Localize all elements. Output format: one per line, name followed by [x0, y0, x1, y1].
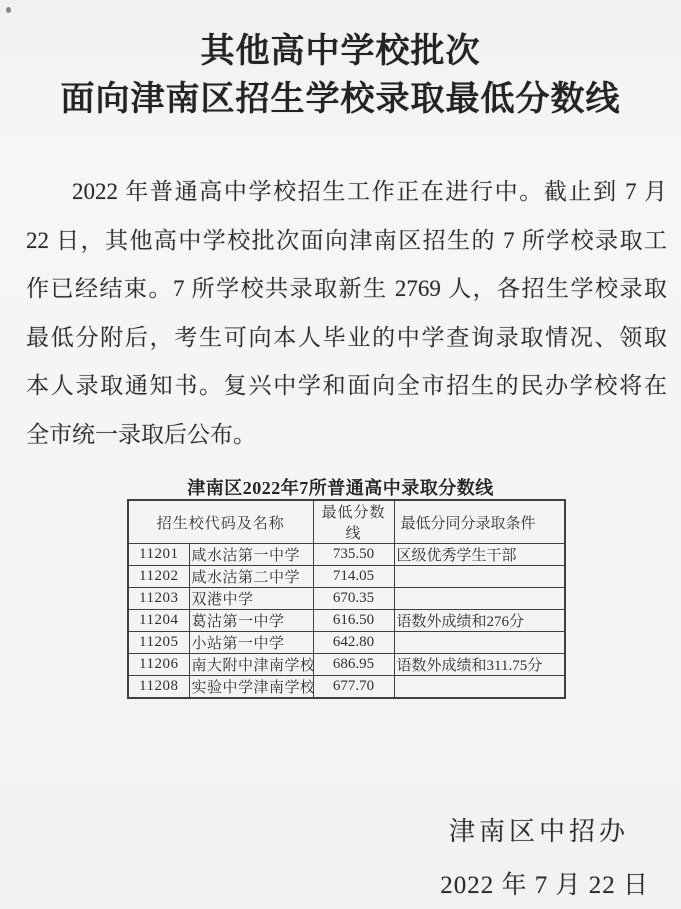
table-header-row: 招生校代码及名称 最低分数线 最低分同分录取条件 [128, 500, 565, 544]
doc-title-line1: 其他高中学校批次 [0, 28, 681, 76]
table-title: 津南区2022年7所普通高中录取分数线 [0, 478, 681, 498]
tie-condition [394, 676, 565, 699]
min-score: 714.05 [313, 566, 394, 588]
scores-table: 招生校代码及名称 最低分数线 最低分同分录取条件 11201 咸水沽第一中学 7… [127, 499, 566, 699]
school-code: 11206 [128, 654, 189, 676]
scan-speck [6, 7, 11, 13]
col-header-code-name: 招生校代码及名称 [128, 500, 313, 544]
school-code: 11204 [128, 610, 189, 632]
table-row: 11206 南大附中津南学校 686.95 语数外成绩和311.75分 [128, 654, 565, 676]
min-score: 677.70 [313, 676, 394, 699]
issue-date: 2022 年 7 月 22 日 [0, 871, 681, 901]
paragraph-line: 本人录取通知书。复兴中学和面向全市招生的民办学校将在 [26, 362, 667, 411]
school-name: 小站第一中学 [189, 632, 313, 654]
school-name: 实验中学津南学校 [189, 676, 313, 699]
min-score: 686.95 [313, 654, 394, 676]
school-code: 11202 [128, 566, 189, 588]
scores-table-section: 津南区2022年7所普通高中录取分数线 招生校代码及名称 最低分数线 最低分同分… [0, 478, 681, 699]
school-code: 11201 [128, 544, 189, 566]
table-row: 11203 双港中学 670.35 [128, 588, 565, 610]
paragraph-line: 作已经结束。7 所学校共录取新生 2769 人，各招生学校录取 [26, 265, 667, 314]
doc-title-line2: 面向津南区招生学校录取最低分数线 [0, 76, 681, 124]
col-header-min-score: 最低分数线 [313, 500, 394, 544]
table-row: 11201 咸水沽第一中学 735.50 区级优秀学生干部 [128, 544, 565, 566]
document-page: 其他高中学校批次 面向津南区招生学校录取最低分数线 2022 年普通高中学校招生… [0, 0, 681, 909]
school-name: 南大附中津南学校 [189, 654, 313, 676]
school-name: 咸水沽第二中学 [189, 566, 313, 588]
paragraph-line: 全市统一录取后公布。 [26, 411, 667, 460]
min-score: 735.50 [313, 544, 394, 566]
paragraph-line: 2022 年普通高中学校招生工作正在进行中。截止到 7 月 [26, 168, 667, 217]
col-header-condition: 最低分同分录取条件 [394, 500, 565, 544]
doc-title: 其他高中学校批次 面向津南区招生学校录取最低分数线 [0, 0, 681, 124]
table-row: 11208 实验中学津南学校 677.70 [128, 676, 565, 699]
school-name: 双港中学 [189, 588, 313, 610]
school-code: 11208 [128, 676, 189, 699]
table-row: 11205 小站第一中学 642.80 [128, 632, 565, 654]
doc-paragraph: 2022 年普通高中学校招生工作正在进行中。截止到 7 月 22 日，其他高中学… [26, 168, 667, 459]
school-code: 11205 [128, 632, 189, 654]
tie-condition [394, 588, 565, 610]
min-score: 670.35 [313, 588, 394, 610]
table-row: 11202 咸水沽第二中学 714.05 [128, 566, 565, 588]
school-name: 咸水沽第一中学 [189, 544, 313, 566]
paragraph-line: 22 日，其他高中学校批次面向津南区招生的 7 所学校录取工 [26, 217, 667, 266]
paragraph-line: 最低分附后，考生可向本人毕业的中学查询录取情况、领取 [26, 314, 667, 363]
min-score: 642.80 [313, 632, 394, 654]
signature: 津南区中招办 [0, 817, 681, 847]
tie-condition [394, 566, 565, 588]
tie-condition: 语数外成绩和311.75分 [394, 654, 565, 676]
tie-condition: 语数外成绩和276分 [394, 610, 565, 632]
school-code: 11203 [128, 588, 189, 610]
tie-condition [394, 632, 565, 654]
min-score: 616.50 [313, 610, 394, 632]
table-row: 11204 葛沽第一中学 616.50 语数外成绩和276分 [128, 610, 565, 632]
school-name: 葛沽第一中学 [189, 610, 313, 632]
tie-condition: 区级优秀学生干部 [394, 544, 565, 566]
